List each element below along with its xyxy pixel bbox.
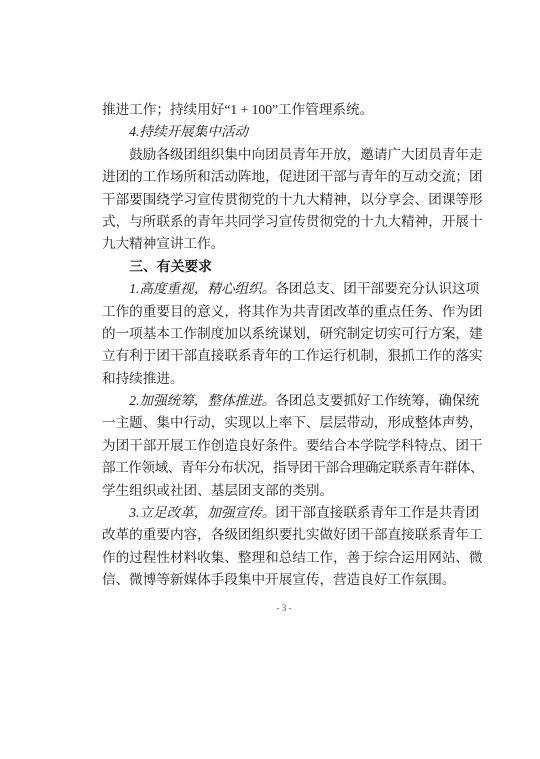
- text-run-kai: 1.高度重视，精心组织。: [129, 281, 275, 296]
- text-line: 3.立足改革，加强宣传。团干部直接联系青年工作是共青团: [102, 502, 486, 524]
- text-run-fs: 鼓励各级团组织集中向团员青年开放，邀请广大团员青年走: [129, 147, 482, 162]
- text-run-fs: 各团总支、团干部要充分认识这项: [275, 281, 479, 296]
- text-run-fs: 立有利于团干部直接联系青年的工作运行机制，狠抓工作的落实: [102, 348, 483, 363]
- text-line: 4.持续开展集中活动: [102, 121, 486, 143]
- text-line: 学生组织或社团、基层团支部的类别。: [102, 480, 486, 502]
- text-run-fs: 为团干部开展工作创造良好条件。要结合本学院学科特点、团干: [102, 438, 483, 453]
- text-line: 为团干部开展工作创造良好条件。要结合本学院学科特点、团干: [102, 435, 486, 457]
- text-run-fs: 进团的工作场所和活动阵地，促进团干部与青年的互动交流；团: [102, 169, 483, 184]
- text-run-fs: 式，与所联系的青年共同学习宣传贯彻党的十九大精神，开展十: [102, 214, 483, 229]
- page-number: - 3 -: [14, 600, 540, 616]
- text-run-fs: 团干部直接联系青年工作是共青团: [275, 505, 479, 520]
- text-line: 三、有关要求: [102, 256, 486, 278]
- text-line: 九大精神宣讲工作。: [102, 233, 486, 255]
- text-run-fs: 信、微博等新媒体手段集中开展宣传，营造良好工作氛围。: [102, 572, 455, 587]
- text-line: 2.加强统筹，整体推进。各团总支要抓好工作统筹，确保统: [102, 390, 486, 412]
- text-line: 干部要围绕学习宣传贯彻党的十九大精神，以分享会、团课等形: [102, 189, 486, 211]
- text-line: 进团的工作场所和活动阵地，促进团干部与青年的互动交流；团: [102, 166, 486, 188]
- text-run-fs: 推进工作；持续用好“1 + 100”工作管理系统。: [102, 102, 373, 117]
- text-line: 的一项基本工作制度加以系统谋划，研究制定切实可行方案，建: [102, 323, 486, 345]
- text-run-fs: 和持续推进。: [102, 371, 184, 386]
- text-line: 推进工作；持续用好“1 + 100”工作管理系统。: [102, 99, 486, 121]
- text-run-fs: 九大精神宣讲工作。: [102, 236, 224, 251]
- text-run-fs: 部工作领域、青年分布状况，指导团干部合理确定联系青年群体、: [102, 460, 483, 475]
- text-run-fs: 各团总支要抓好工作统筹，确保统: [275, 393, 479, 408]
- text-run-fs: 一主题、集中行动，实现以上率下、层层带动，形成整体声势，: [102, 415, 483, 430]
- text-line: 改革的重要内容，各级团组织要扎实做好团干部直接联系青年工: [102, 524, 486, 546]
- text-line: 1.高度重视，精心组织。各团总支、团干部要充分认识这项: [102, 278, 486, 300]
- text-line: 工作的重要目的意义，将其作为共青团改革的重点任务、作为团: [102, 301, 486, 323]
- document-body: 推进工作；持续用好“1 + 100”工作管理系统。4.持续开展集中活动鼓励各级团…: [102, 99, 486, 592]
- text-line: 部工作领域、青年分布状况，指导团干部合理确定联系青年群体、: [102, 457, 486, 479]
- text-run-kai: 3.立足改革，加强宣传。: [129, 505, 275, 520]
- text-run-fs: 学生组织或社团、基层团支部的类别。: [102, 483, 333, 498]
- text-run-hei: 三、有关要求: [129, 259, 212, 274]
- text-run-kai: 2.加强统筹，整体推进。: [129, 393, 275, 408]
- text-run-fs: 工作的重要目的意义，将其作为共青团改革的重点任务、作为团: [102, 304, 483, 319]
- text-line: 和持续推进。: [102, 368, 486, 390]
- document-page: 推进工作；持续用好“1 + 100”工作管理系统。4.持续开展集中活动鼓励各级团…: [0, 0, 540, 759]
- text-line: 式，与所联系的青年共同学习宣传贯彻党的十九大精神，开展十: [102, 211, 486, 233]
- text-line: 立有利于团干部直接联系青年的工作运行机制，狠抓工作的落实: [102, 345, 486, 367]
- text-run-fs: 干部要围绕学习宣传贯彻党的十九大精神，以分享会、团课等形: [102, 192, 483, 207]
- text-run-kai: 4.持续开展集中活动: [129, 124, 248, 139]
- text-line: 一主题、集中行动，实现以上率下、层层带动，形成整体声势，: [102, 412, 486, 434]
- text-line: 信、微博等新媒体手段集中开展宣传，营造良好工作氛围。: [102, 569, 486, 591]
- text-run-fs: 改革的重要内容，各级团组织要扎实做好团干部直接联系青年工: [102, 527, 483, 542]
- text-run-fs: 作的过程性材料收集、整理和总结工作，善于综合运用网站、微: [102, 550, 483, 565]
- text-line: 作的过程性材料收集、整理和总结工作，善于综合运用网站、微: [102, 547, 486, 569]
- text-run-fs: 的一项基本工作制度加以系统谋划，研究制定切实可行方案，建: [102, 326, 483, 341]
- text-line: 鼓励各级团组织集中向团员青年开放，邀请广大团员青年走: [102, 144, 486, 166]
